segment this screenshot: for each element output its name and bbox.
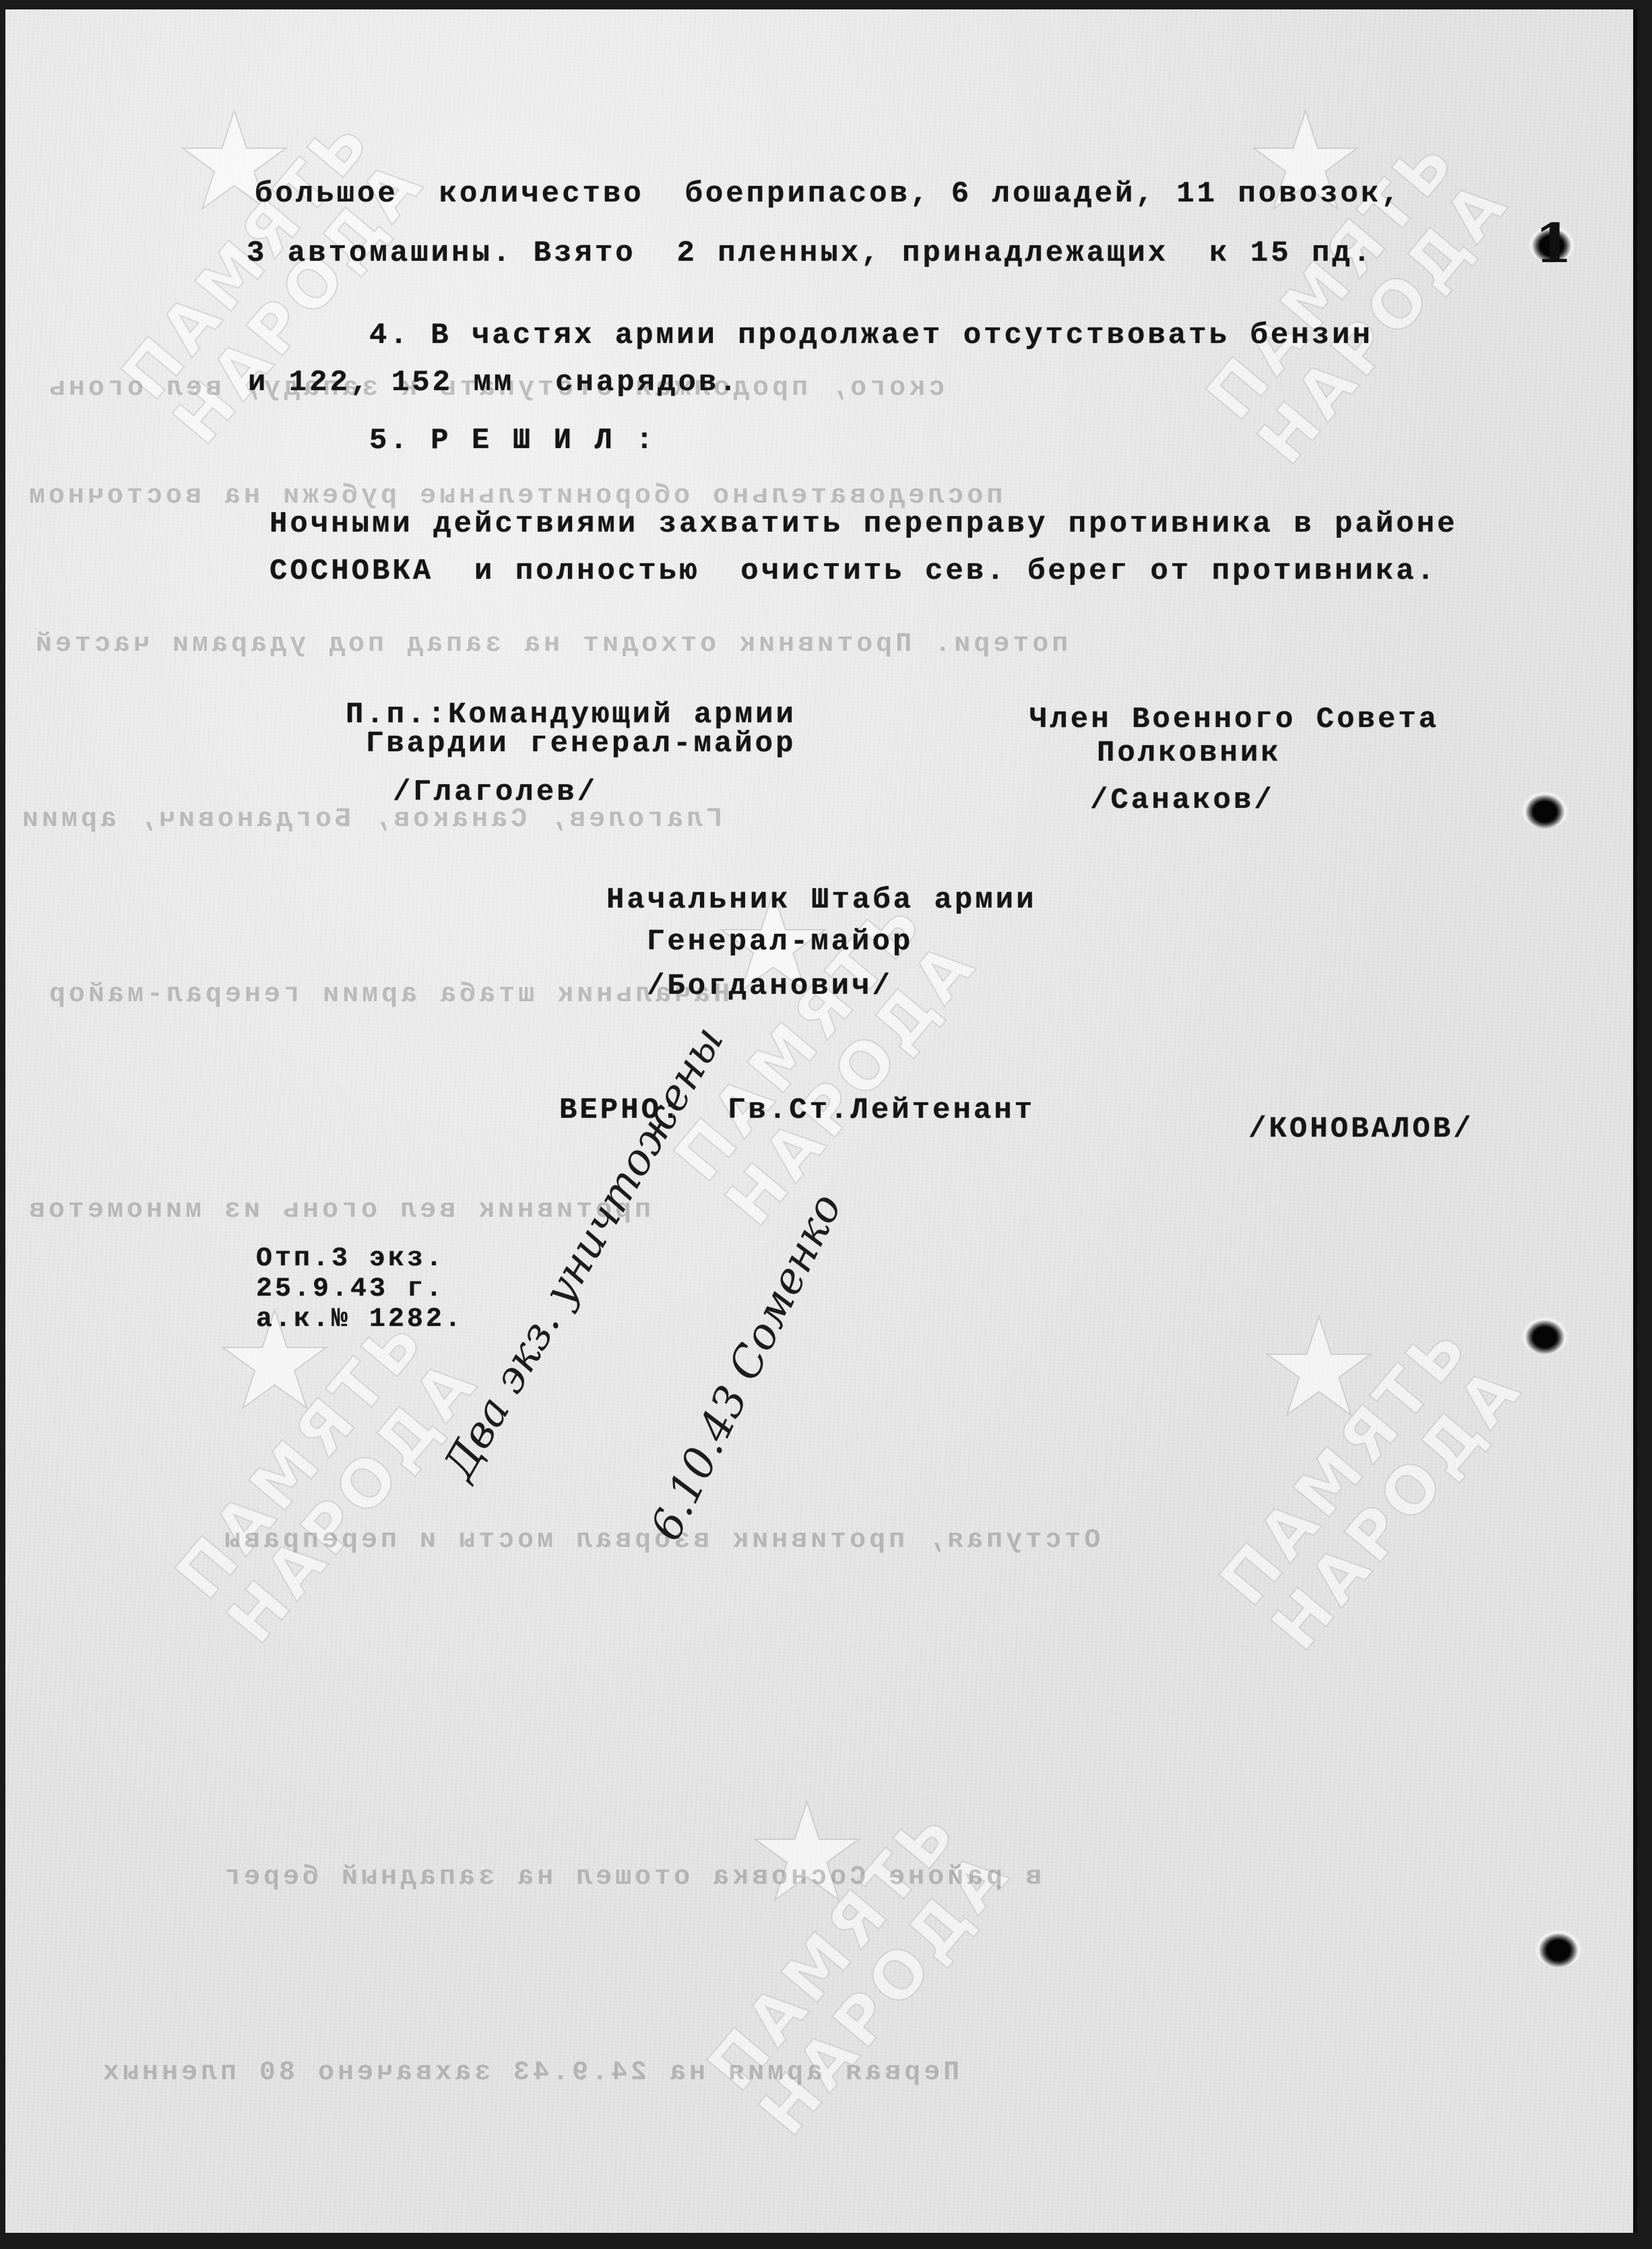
page-number-mark: 1 [1535, 212, 1572, 275]
body-line: 3 автомашины. Взято 2 пленных, принадлеж… [247, 239, 1373, 268]
signature-left-name: /Глаголев/ [393, 778, 598, 807]
bleed-through-line: противник вел огонь из минометов [26, 1195, 651, 1226]
dispatch-number: а.к.№ 1282. [256, 1306, 464, 1333]
punch-hole [1521, 1317, 1568, 1354]
punch-hole [1521, 791, 1568, 829]
signature-right-title: Член Военного Совета [1029, 705, 1439, 734]
bleed-through-line: Начальник штаба армии генерал-майор [46, 980, 730, 1010]
signature-left-rank: Гвардии генерал-майор [366, 729, 796, 759]
certification-rank: Гв.Ст.Лейтенант [728, 1096, 1035, 1125]
signature-right-name: /Санаков/ [1090, 786, 1275, 815]
signature-right-rank: Полковник [1097, 738, 1281, 768]
bleed-through-line: в районе Сосновка отошел на западный бер… [221, 1862, 1042, 1893]
body-line: большое количество боеприпасов, 6 лошаде… [255, 179, 1402, 209]
signature-center-rank: Генерал-майор [647, 927, 913, 957]
bleed-through-line: потери. Противник отходит на запад под у… [32, 629, 1068, 660]
signature-center-name: /Богданович/ [647, 972, 893, 1001]
dispatch-copies: Отп.3 экз. [256, 1246, 445, 1273]
paragraph-5-line2: СОСНОВКА и полностью очистить сев. берег… [269, 557, 1437, 586]
bleed-through-line: Глаголев, Санаков, Богданович, армии [19, 804, 722, 835]
signature-center-title: Начальник Штаба армии [606, 885, 1037, 915]
document-page: ★ ПАМЯТЬНАРОДА ★ ПАМЯТЬНАРОДА ★ ПАМЯТЬНА… [5, 9, 1637, 2233]
certification-name: /КОНОВАЛОВ/ [1248, 1114, 1473, 1144]
handwritten-note-date-signature: 6.10.43 Соменко [641, 1186, 852, 1548]
paragraph-5-heading: 5. Р Е Ш И Л : [369, 426, 656, 455]
signature-left-title: П.п.:Командующий армии [346, 700, 796, 730]
handwritten-note-destroyed: Два экз. уничтожены [434, 1018, 734, 1488]
punch-hole [1535, 1930, 1582, 1967]
bleed-through-line: Первая армия на 24.9.43 захвачено 80 пле… [100, 2058, 959, 2088]
paragraph-4-line2: и 122, 152 мм снарядов. [248, 368, 740, 398]
dispatch-date: 25.9.43 г. [256, 1276, 445, 1303]
paragraph-5-line1: Ночными действиями захватить переправу п… [269, 509, 1457, 539]
paragraph-4-line1: 4. В частях армии продолжает отсутствова… [369, 321, 1373, 350]
